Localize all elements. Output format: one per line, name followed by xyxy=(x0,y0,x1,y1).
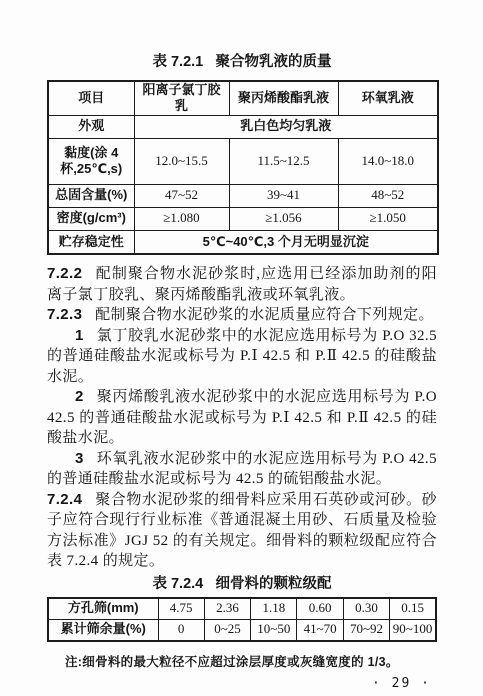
table-row: 密度(g/cm³) ≥1.080 ≥1.056 ≥1.050 xyxy=(48,207,438,230)
body-text: 7.2.2配制聚合物水泥砂浆时,应选用已经添加助剂的阳离子氯丁胶乳、聚丙烯酸酯乳… xyxy=(47,264,437,572)
clause-text: 聚合物水泥砂浆的细骨料应采用石英砂或河砂。砂子应符合现行行业标准《普通混凝土用砂… xyxy=(47,492,437,570)
item-number: 2 xyxy=(75,388,84,405)
clause-7-2-4: 7.2.4聚合物水泥砂浆的细骨料应采用石英砂或河砂。砂子应符合现行行业标准《普通… xyxy=(47,490,437,572)
row-label-appearance: 外观 xyxy=(48,115,134,138)
clause-7-2-2: 7.2.2配制聚合物水泥砂浆时,应选用已经添加助剂的阳离子氯丁胶乳、聚丙烯酸酯乳… xyxy=(47,264,437,305)
solids-value: 48~52 xyxy=(338,184,438,207)
table-724-title: 表 7.2.4细骨料的颗粒级配 xyxy=(47,576,437,593)
residue-range: 90~100 xyxy=(390,619,436,641)
table-row: 黏度(涂 4 杯,25℃,s) 12.0~15.5 11.5~12.5 14.0… xyxy=(48,138,438,184)
sieve-size: 2.36 xyxy=(204,598,250,620)
clause-text: 环氧乳液水泥砂浆中的水泥应选用标号为 P.O 42.5 的普通硅酸盐水泥或标号为… xyxy=(47,451,437,488)
table-724-label: 表 7.2.4 xyxy=(152,576,203,592)
density-value: ≥1.080 xyxy=(134,207,229,230)
sieve-size: 0.60 xyxy=(297,598,343,620)
viscosity-value: 14.0~18.0 xyxy=(338,138,438,184)
polymer-emulsion-quality-table: 项目 阳离子氯丁胶乳 聚丙烯酸酯乳液 环氧乳液 外观 乳白色均匀乳液 黏度(涂 … xyxy=(47,80,439,255)
viscosity-value: 12.0~15.5 xyxy=(134,138,229,184)
row-label-storage: 贮存稳定性 xyxy=(48,230,134,254)
table-721-caption: 聚合物乳液的质量 xyxy=(216,54,332,70)
clause-number: 7.2.3 xyxy=(47,306,82,323)
item-number: 1 xyxy=(75,327,84,344)
sieve-size: 0.30 xyxy=(343,598,389,620)
density-value: ≥1.056 xyxy=(229,207,338,230)
col-header-acrylate: 聚丙烯酸酯乳液 xyxy=(229,81,338,115)
table-row: 总固含量(%) 47~52 39~41 48~52 xyxy=(48,184,438,207)
row-label-density: 密度(g/cm³) xyxy=(48,207,134,230)
clause-7-2-3-item-1: 1氯丁胶乳水泥砂浆中的水泥应选用标号为 P.O 32.5 的普通硅酸盐水泥或标号… xyxy=(47,326,437,388)
row-label-viscosity: 黏度(涂 4 杯,25℃,s) xyxy=(48,138,134,184)
clause-number: 7.2.2 xyxy=(47,265,82,282)
page-number: · 29 · xyxy=(47,676,437,691)
col-header-item: 项目 xyxy=(48,81,134,115)
table-721-label: 表 7.2.1 xyxy=(152,54,203,70)
clause-number: 7.2.4 xyxy=(47,491,82,508)
density-value: ≥1.050 xyxy=(338,207,438,230)
clause-text: 配制聚合物水泥砂浆时,应选用已经添加助剂的阳离子氯丁胶乳、聚丙烯酸酯乳液或环氧乳… xyxy=(47,266,437,303)
clause-7-2-3-item-2: 2聚丙烯酸乳液水泥砂浆中的水泥应选用标号为 P.O 42.5 的普通硅酸盐水泥或… xyxy=(47,387,437,449)
item-number: 3 xyxy=(75,450,84,467)
table-721-title: 表 7.2.1聚合物乳液的质量 xyxy=(47,54,437,71)
table-row: 累计筛余量(%) 0 0~25 10~50 41~70 70~92 90~100 xyxy=(48,619,436,641)
sieve-size: 0.15 xyxy=(390,598,436,620)
row-label-sieve: 方孔筛(mm) xyxy=(48,598,158,620)
residue-range: 41~70 xyxy=(297,619,343,641)
sieve-size: 4.75 xyxy=(158,598,204,620)
residue-range: 70~92 xyxy=(343,619,389,641)
storage-value: 5℃~40℃,3 个月无明显沉淀 xyxy=(134,230,438,254)
table-note: 注:细骨料的最大粒径不应超过涂层厚度或灰缝宽度的 1/3。 xyxy=(47,652,437,670)
residue-range: 10~50 xyxy=(251,619,297,641)
table-row: 贮存稳定性 5℃~40℃,3 个月无明显沉淀 xyxy=(48,230,438,254)
clause-text: 氯丁胶乳水泥砂浆中的水泥应选用标号为 P.O 32.5 的普通硅酸盐水泥或标号为… xyxy=(47,328,437,385)
col-header-epoxy: 环氧乳液 xyxy=(338,81,438,115)
solids-value: 47~52 xyxy=(134,184,229,207)
document-page: 表 7.2.1聚合物乳液的质量 项目 阳离子氯丁胶乳 聚丙烯酸酯乳液 环氧乳液 … xyxy=(0,0,483,696)
residue-range: 0 xyxy=(158,619,204,641)
viscosity-value: 11.5~12.5 xyxy=(229,138,338,184)
row-label-residue: 累计筛余量(%) xyxy=(48,619,158,641)
clause-7-2-3: 7.2.3配制聚合物水泥砂浆的水泥质量应符合下列规定。 xyxy=(47,305,437,326)
clause-7-2-3-item-3: 3环氧乳液水泥砂浆中的水泥应选用标号为 P.O 42.5 的普通硅酸盐水泥或标号… xyxy=(47,449,437,490)
sieve-size: 1.18 xyxy=(251,598,297,620)
clause-text: 聚丙烯酸乳液水泥砂浆中的水泥应选用标号为 P.O 42.5 的普通硅酸盐水泥或标… xyxy=(47,389,437,446)
solids-value: 39~41 xyxy=(229,184,338,207)
col-header-chloroprene: 阳离子氯丁胶乳 xyxy=(134,81,229,115)
row-label-solids: 总固含量(%) xyxy=(48,184,134,207)
clause-text: 配制聚合物水泥砂浆的水泥质量应符合下列规定。 xyxy=(95,307,434,323)
residue-range: 0~25 xyxy=(204,619,250,641)
table-row: 项目 阳离子氯丁胶乳 聚丙烯酸酯乳液 环氧乳液 xyxy=(48,81,438,115)
table-row: 外观 乳白色均匀乳液 xyxy=(48,115,438,138)
table-724-caption: 细骨料的颗粒级配 xyxy=(216,576,332,592)
table-row: 方孔筛(mm) 4.75 2.36 1.18 0.60 0.30 0.15 xyxy=(48,598,436,620)
appearance-value: 乳白色均匀乳液 xyxy=(134,115,438,138)
fine-aggregate-grading-table: 方孔筛(mm) 4.75 2.36 1.18 0.60 0.30 0.15 累计… xyxy=(47,597,437,642)
